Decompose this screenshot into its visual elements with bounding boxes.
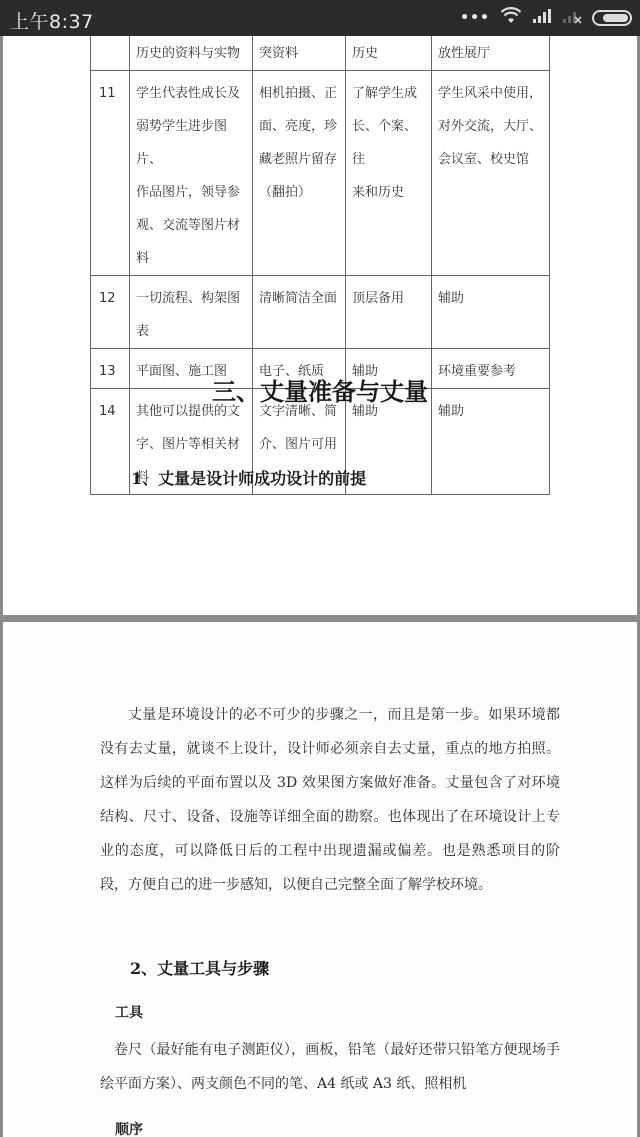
signal-icon — [532, 8, 552, 28]
item-cell: 一切流程、构架图表 — [136, 282, 246, 348]
row-number: 11 — [99, 77, 123, 110]
tools-paragraph: 卷尺（最好能有电子测距仪），画板，铅笔（最好还带只铅笔方便现场手绘平面方案）、两… — [100, 1033, 560, 1101]
status-icons: ••• — [460, 8, 632, 28]
requirement-cell: 突资料 — [259, 37, 339, 70]
more-dots-icon: ••• — [460, 10, 490, 26]
table-row: 11 学生代表性成长及 弱势学生进步图片、 作品图片，领导参 观、交流等图片材料… — [91, 71, 550, 276]
row-number: 12 — [99, 282, 123, 315]
tools-label: 工具 — [115, 1002, 143, 1022]
usage-cell: 放性展厅 — [438, 37, 543, 70]
purpose-cell: 顶层备用 — [352, 282, 425, 315]
item-cell: 历史的资料与实物 — [136, 37, 246, 70]
requirement-cell: 相机拍摄、正 面、亮度，珍 藏老照片留存 （翻拍） — [259, 77, 339, 209]
heading-tools-steps: 2、丈量工具与步骤 — [130, 956, 269, 979]
section-title: 三、丈量准备与丈量 — [3, 372, 637, 407]
document-page-2[interactable]: 丈量是环境设计的必不可少的步骤之一，而且是第一步。如果环境都没有去丈量，就谈不上… — [3, 622, 637, 1137]
materials-table: 历史的资料与实物 突资料 历史 放性展厅 11 学生代表性成长及 弱势学生进步图… — [90, 36, 550, 495]
status-bar: 上午8:37 ••• — [0, 0, 640, 36]
signal-no-sim-icon — [562, 8, 582, 28]
item-cell: 学生代表性成长及 弱势学生进步图片、 作品图片，领导参 观、交流等图片材料 — [136, 77, 246, 275]
usage-cell: 学生风采中使用， 对外交流，大厅、 会议室、校史馆 — [438, 77, 543, 176]
table-row: 12 一切流程、构架图表 清晰简洁全面 顶层备用 辅助 — [91, 276, 550, 349]
order-label: 顺序 — [115, 1119, 143, 1137]
purpose-cell: 了解学生成 长、个案、往 来和历史 — [352, 77, 425, 209]
table-row: 历史的资料与实物 突资料 历史 放性展厅 — [91, 36, 550, 71]
subheading: 1、丈量是设计师成功设计的前提 — [131, 466, 366, 489]
purpose-cell: 历史 — [352, 37, 425, 70]
usage-cell: 辅助 — [438, 282, 543, 315]
requirement-cell: 清晰简洁全面 — [259, 282, 339, 315]
status-time: 上午8:37 — [10, 7, 94, 34]
intro-paragraph: 丈量是环境设计的必不可少的步骤之一，而且是第一步。如果环境都没有去丈量，就谈不上… — [100, 698, 560, 902]
battery-icon — [592, 10, 632, 26]
wifi-icon — [500, 7, 522, 29]
document-page-1[interactable]: 历史的资料与实物 突资料 历史 放性展厅 11 学生代表性成长及 弱势学生进步图… — [3, 36, 637, 615]
